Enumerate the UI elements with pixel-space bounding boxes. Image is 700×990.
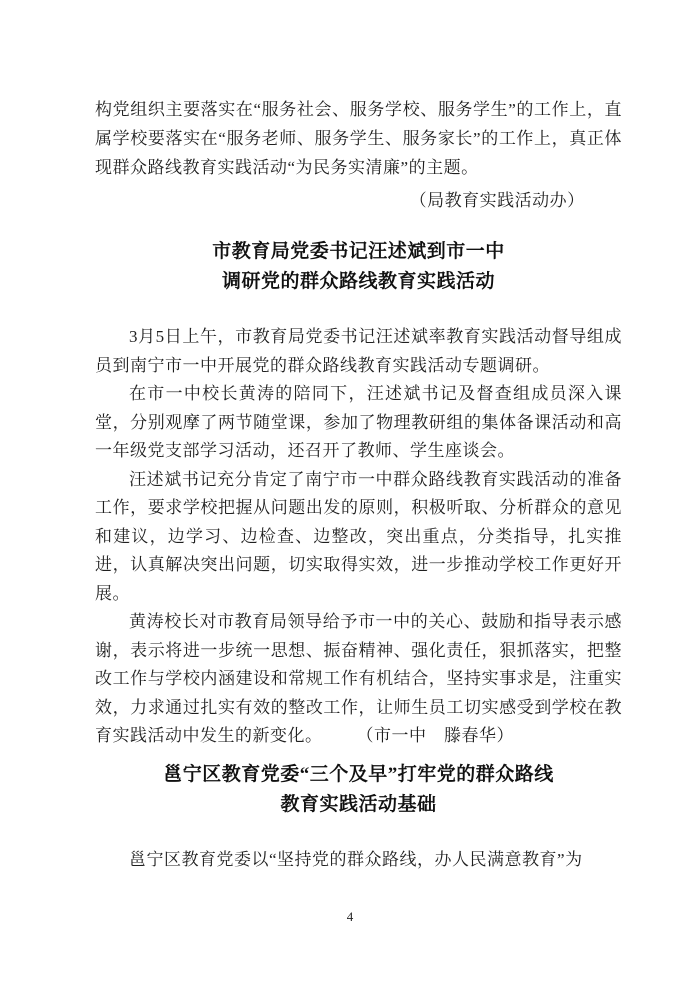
article-1-title: 市教育局党委书记汪述斌到市一中 调研党的群众路线教育实践活动 bbox=[95, 237, 622, 297]
paragraph: 邕宁区教育党委以“坚持党的群众路线，办人民满意教育”为 bbox=[95, 846, 622, 875]
continued-paragraph: 构党组织主要落实在“服务社会、服务学校、服务学生”的工作上，直属学校要落实在“服… bbox=[95, 95, 622, 182]
paragraph-text: 黄涛校长对市教育局领导给予市一中的关心、鼓励和指导表示感谢，表示将进一步统一思想… bbox=[95, 612, 622, 745]
article-section-2: 邕宁区教育党委“三个及早”打牢党的群众路线 教育实践活动基础 邕宁区教育党委以“… bbox=[95, 760, 622, 875]
paragraph: 黄涛校长对市教育局领导给予市一中的关心、鼓励和指导表示感谢，表示将进一步统一思想… bbox=[95, 608, 622, 751]
article-1-title-line-1: 市教育局党委书记汪述斌到市一中 bbox=[95, 237, 622, 267]
article-1-title-line-2: 调研党的群众路线教育实践活动 bbox=[95, 267, 622, 297]
article-2-title-line-2: 教育实践活动基础 bbox=[95, 790, 622, 820]
continued-paragraph-section: 构党组织主要落实在“服务社会、服务学校、服务学生”的工作上，直属学校要落实在“服… bbox=[95, 95, 622, 215]
paragraph: 在市一中校长黄涛的陪同下，汪述斌书记及督查组成员深入课堂，分别观摩了两节随堂课，… bbox=[95, 380, 622, 466]
article-2-title-line-1: 邕宁区教育党委“三个及早”打牢党的群众路线 bbox=[95, 760, 622, 790]
article-section-1: 市教育局党委书记汪述斌到市一中 调研党的群众路线教育实践活动 3月5日上午，市教… bbox=[95, 237, 622, 751]
article-1-body: 3月5日上午，市教育局党委书记汪述斌率教育实践活动督导组成员到南宁市一中开展党的… bbox=[95, 323, 622, 751]
article-2-title: 邕宁区教育党委“三个及早”打牢党的群众路线 教育实践活动基础 bbox=[95, 760, 622, 820]
page-number: 4 bbox=[0, 908, 700, 926]
attribution-school-author: （市一中 滕春华） bbox=[365, 726, 514, 745]
paragraph: 汪述斌书记充分肯定了南宁市一中群众路线教育实践活动的准备工作，要求学校把握从问题… bbox=[95, 466, 622, 609]
attribution-bureau-office: （局教育实践活动办） bbox=[95, 186, 622, 215]
paragraph: 3月5日上午，市教育局党委书记汪述斌率教育实践活动督导组成员到南宁市一中开展党的… bbox=[95, 323, 622, 380]
article-2-body: 邕宁区教育党委以“坚持党的群众路线，办人民满意教育”为 bbox=[95, 846, 622, 875]
document-page: 构党组织主要落实在“服务社会、服务学校、服务学生”的工作上，直属学校要落实在“服… bbox=[0, 0, 700, 990]
